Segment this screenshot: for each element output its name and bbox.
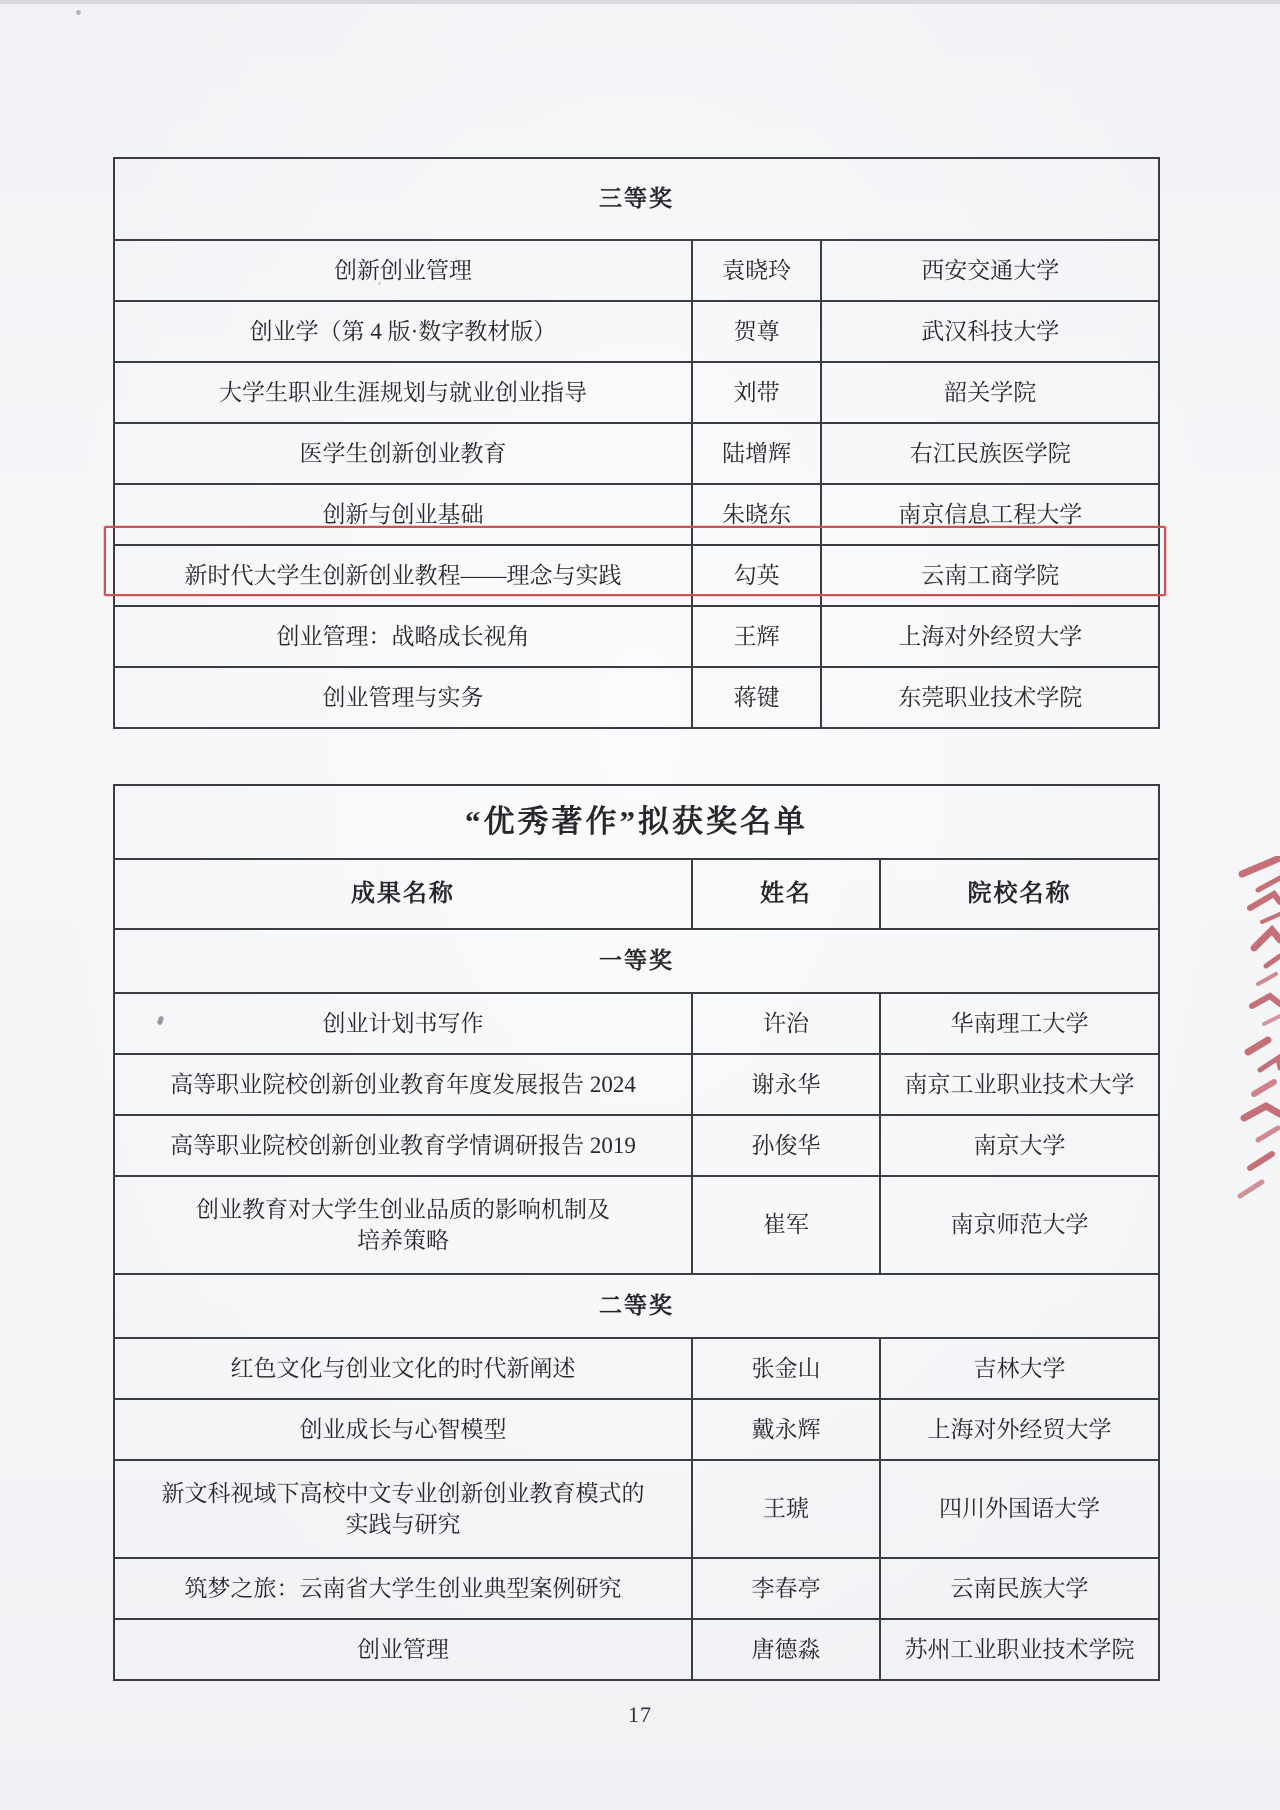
author-name-cell: 王辉 [692,606,822,667]
excellent-works-table: “优秀著作”拟获奖名单 成果名称 姓名 院校名称 一等奖 创业计划书写作 许治 … [113,784,1160,1681]
work-title-cell: 创业管理 [114,1619,692,1680]
author-name-cell: 唐德淼 [692,1619,880,1680]
section-row-second-prize: 二等奖 [114,1274,1159,1338]
table-row: 创业计划书写作 许治 华南理工大学 [114,993,1159,1054]
school-cell: 南京工业职业技术大学 [880,1054,1159,1115]
section-label-second-prize: 二等奖 [114,1274,1159,1338]
author-name-cell: 戴永辉 [692,1399,880,1460]
work-title-cell: 创新创业管理 [114,240,692,301]
table-row: 创新与创业基础 朱晓东 南京信息工程大学 [114,484,1159,545]
column-header-achievement: 成果名称 [114,859,692,929]
author-name-cell: 王琥 [692,1460,880,1558]
school-cell: 南京信息工程大学 [821,484,1159,545]
table-row: 创业学（第 4 版·数字教材版） 贺尊 武汉科技大学 [114,301,1159,362]
work-title-cell: 新时代大学生创新创业教程——理念与实践 [114,545,692,606]
work-title-cell: 创新与创业基础 [114,484,692,545]
author-name-cell: 许治 [692,993,880,1054]
section-label-first-prize: 一等奖 [114,929,1159,993]
author-name-cell: 孙俊华 [692,1115,880,1176]
table-row: 创业管理与实务 蒋键 东莞职业技术学院 [114,667,1159,728]
school-cell: 云南民族大学 [880,1558,1159,1619]
school-cell: 上海对外经贸大学 [880,1399,1159,1460]
table-row: 创业成长与心智模型 戴永辉 上海对外经贸大学 [114,1399,1159,1460]
work-title-cell: 创业计划书写作 [114,993,692,1054]
work-title-cell: 创业成长与心智模型 [114,1399,692,1460]
column-header-name: 姓名 [692,859,880,929]
author-name-cell: 朱晓东 [692,484,822,545]
author-name-cell: 蒋键 [692,667,822,728]
work-title-cell: 高等职业院校创新创业教育学情调研报告 2019 [114,1115,692,1176]
excellent-works-title: “优秀著作”拟获奖名单 [114,785,1159,859]
work-title-cell: 大学生职业生涯规划与就业创业指导 [114,362,692,423]
table-row: 高等职业院校创新创业教育学情调研报告 2019 孙俊华 南京大学 [114,1115,1159,1176]
author-name-cell: 陆增辉 [692,423,822,484]
author-name-cell: 崔军 [692,1176,880,1274]
work-title-cell: 高等职业院校创新创业教育年度发展报告 2024 [114,1054,692,1115]
table-row: 医学生创新创业教育 陆增辉 右江民族医学院 [114,423,1159,484]
school-cell: 云南工商学院 [821,545,1159,606]
school-cell: 吉林大学 [880,1338,1159,1399]
section-label-third-prize: 三等奖 [114,158,1159,240]
school-cell: 西安交通大学 [821,240,1159,301]
author-name-cell: 李春亭 [692,1558,880,1619]
work-title-cell: 新文科视域下高校中文专业创新创业教育模式的 实践与研究 [114,1460,692,1558]
work-title-cell: 创业管理与实务 [114,667,692,728]
table-row: 新文科视域下高校中文专业创新创业教育模式的 实践与研究 王琥 四川外国语大学 [114,1460,1159,1558]
school-cell: 上海对外经贸大学 [821,606,1159,667]
author-name-cell: 贺尊 [692,301,822,362]
table-row: 大学生职业生涯规划与就业创业指导 刘带 韶关学院 [114,362,1159,423]
table-row-highlighted: 新时代大学生创新创业教程——理念与实践 勾英 云南工商学院 [114,545,1159,606]
school-cell: 南京师范大学 [880,1176,1159,1274]
column-header-row: 成果名称 姓名 院校名称 [114,859,1159,929]
scan-edge-artifact [0,0,1280,4]
table-row: 创业教育对大学生创业品质的影响机制及 培养策略 崔军 南京师范大学 [114,1176,1159,1274]
work-title-cell: 筑梦之旅：云南省大学生创业典型案例研究 [114,1558,692,1619]
table-title-row: “优秀著作”拟获奖名单 [114,785,1159,859]
school-cell: 南京大学 [880,1115,1159,1176]
section-row-first-prize: 一等奖 [114,929,1159,993]
scanned-document-page: 三等奖 创新创业管理 袁晓玲 西安交通大学 创业学（第 4 版·数字教材版） 贺… [0,0,1280,1810]
scan-speck [76,10,81,15]
table-row: 红色文化与创业文化的时代新阐述 张金山 吉林大学 [114,1338,1159,1399]
page-number: 17 [0,1702,1280,1728]
work-title-cell: 创业管理：战略成长视角 [114,606,692,667]
author-name-cell: 谢永华 [692,1054,880,1115]
table-row: 筑梦之旅：云南省大学生创业典型案例研究 李春亭 云南民族大学 [114,1558,1159,1619]
school-cell: 韶关学院 [821,362,1159,423]
author-name-cell: 张金山 [692,1338,880,1399]
table-row: 高等职业院校创新创业教育年度发展报告 2024 谢永华 南京工业职业技术大学 [114,1054,1159,1115]
author-name-cell: 刘带 [692,362,822,423]
work-title-cell: 创业学（第 4 版·数字教材版） [114,301,692,362]
author-name-cell: 勾英 [692,545,822,606]
table-row: 创业管理：战略成长视角 王辉 上海对外经贸大学 [114,606,1159,667]
column-header-school: 院校名称 [880,859,1159,929]
school-cell: 四川外国语大学 [880,1460,1159,1558]
school-cell: 武汉科技大学 [821,301,1159,362]
work-title-cell: 创业教育对大学生创业品质的影响机制及 培养策略 [114,1176,692,1274]
school-cell: 苏州工业职业技术学院 [880,1619,1159,1680]
section-header-row: 三等奖 [114,158,1159,240]
third-prize-table: 三等奖 创新创业管理 袁晓玲 西安交通大学 创业学（第 4 版·数字教材版） 贺… [113,157,1160,729]
school-cell: 华南理工大学 [880,993,1159,1054]
table-row: 创业管理 唐德淼 苏州工业职业技术学院 [114,1619,1159,1680]
red-seal-fragment [1228,856,1280,1216]
author-name-cell: 袁晓玲 [692,240,822,301]
work-title-cell: 红色文化与创业文化的时代新阐述 [114,1338,692,1399]
table-row: 创新创业管理 袁晓玲 西安交通大学 [114,240,1159,301]
school-cell: 右江民族医学院 [821,423,1159,484]
work-title-cell: 医学生创新创业教育 [114,423,692,484]
school-cell: 东莞职业技术学院 [821,667,1159,728]
